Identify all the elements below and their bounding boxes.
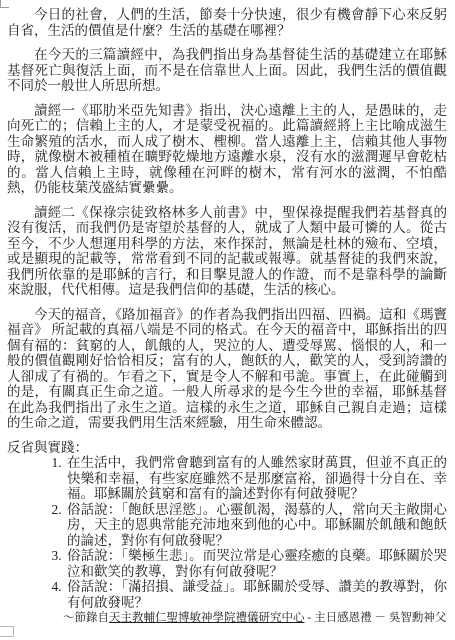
document-page: 今日的社會，人們的生活，節奏十分快速，很少有機會靜下心來反躬自省，生活的價值是什… xyxy=(0,0,455,626)
source-suffix: - 主日感恩禮 － 吳智勳神父 xyxy=(305,612,447,624)
gospel-paragraph: 今天的福音，《路加福音》的作者為我們指出四福、四禍。這和《瑪竇福音》 所記載的真… xyxy=(7,307,447,431)
table-border-fragment-top-left xyxy=(0,0,9,8)
reflection-list: 在生活中，我們常會聽到富有的人雖然家財萬貫，但並不真正的快樂和幸福，有些家庭雖然… xyxy=(7,455,447,610)
reflection-item-3: 俗話說：「樂極生悲」。而哭泣常是心靈痊癒的良藥。耶穌關於哭泣和歡笑的教導，對你有… xyxy=(65,548,447,579)
source-citation: ～節錄自天主教輔仁聖博敏神學院禮儀研究中心 - 主日感恩禮 － 吳智勳神父 xyxy=(7,611,447,626)
reflection-item-4: 俗話說：「滿招損、謙受益」。耶穌關於受辱、讚美的教導對，你有何啟發呢？ xyxy=(65,579,447,610)
intro-paragraph: 今日的社會，人們的生活，節奏十分快速，很少有機會靜下心來反躬自省，生活的價值是什… xyxy=(7,7,447,38)
table-border-fragment-bottom-left xyxy=(0,626,14,637)
reflection-item-1: 在生活中，我們常會聽到富有的人雖然家財萬貫，但並不真正的快樂和幸福，有些家庭雖然… xyxy=(65,455,447,502)
source-link[interactable]: 天主教輔仁聖博敏神學院禮儀研究中心 xyxy=(109,612,305,624)
reflection-item-2: 俗話說：「飽飫思淫慾」。心靈飢渴，渴慕的人，常向天主敞開心房，天主的恩典常能充沛… xyxy=(65,502,447,549)
reflection-heading: 反省與實踐： xyxy=(7,440,447,456)
second-reading-paragraph: 讀經二《保祿宗徒致格林多人前書》中，聖保祿提醒我們若基督真的沒有復活，而我們仍是… xyxy=(7,205,447,298)
first-reading-paragraph: 讀經一《耶肋米亞先知書》指出，決心遠離上主的人，是愚昧的，走向死亡的；信賴上主的… xyxy=(7,103,447,196)
source-prefix: ～節錄自 xyxy=(63,612,109,624)
readings-overview-paragraph: 在今天的三篇讀經中，為我們指出身為基督徒生活的基礎建立在耶穌基督死亡與復活上面，… xyxy=(7,47,447,94)
